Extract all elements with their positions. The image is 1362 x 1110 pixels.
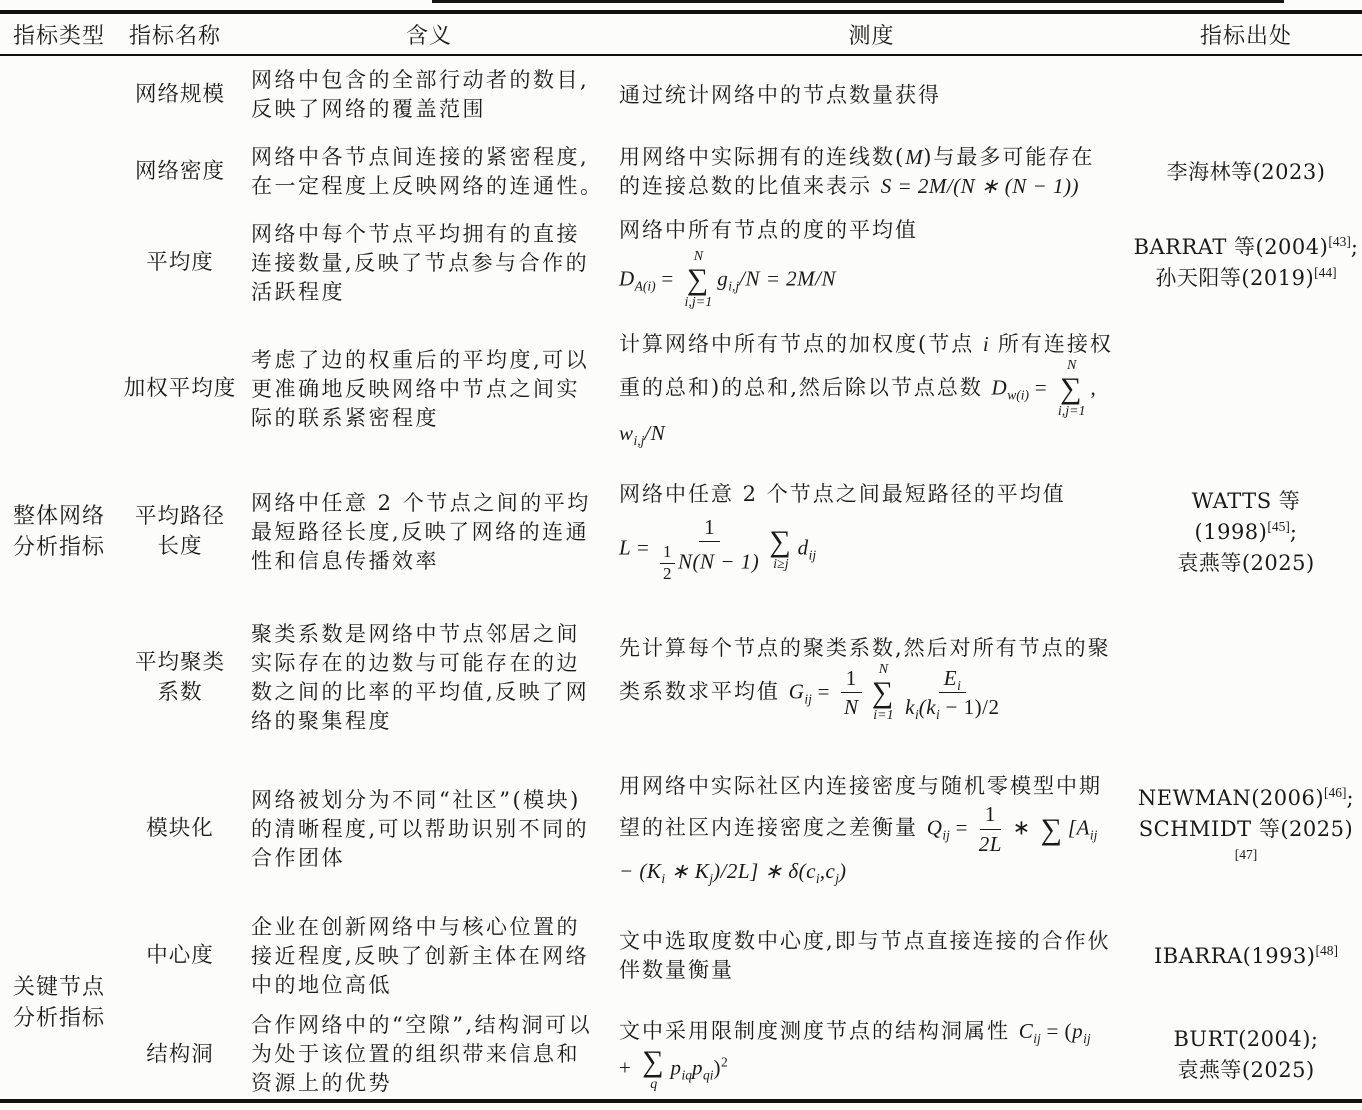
source-cell-average-path-length: WATTS 等 (1998)[45]; 袁燕等(2025): [1130, 462, 1362, 602]
name-cell-network-scale: 网络规模: [115, 56, 245, 134]
math-token: ∗: [1007, 816, 1037, 840]
measure-cell-average-path-length: 网络中任意 2 个节点之间最短路径的平均值 L = 112N(N − 1)∑i≥…: [613, 462, 1130, 602]
text-line: 网络中各节点间连接的紧密程度,: [251, 143, 613, 172]
math-sub: ij: [1083, 1031, 1091, 1046]
math-superscript: 2: [721, 1055, 728, 1070]
header-indicator-name: 指标名称: [115, 19, 245, 50]
math-token: G: [789, 679, 805, 703]
source-cell-network-density: 李海林等(2023): [1130, 134, 1362, 210]
name-cell-average-degree: 平均度: [115, 210, 245, 316]
indicator-name: 加权平均度: [124, 374, 237, 404]
indicator-name: 平均度: [146, 248, 214, 278]
category-cell-overall-network: 整体网络 分析指标: [0, 462, 115, 602]
math-sub: A(i): [635, 279, 656, 294]
indicator-name: 中心度: [146, 941, 214, 971]
measure-cell-centrality: 文中选取度数中心度,即与节点直接连接的合作伙 伴数量衡量: [613, 904, 1130, 1008]
citation-superscript: [44]: [1314, 265, 1337, 280]
text-line: 活跃程度: [251, 278, 613, 307]
measure-cell-modularity: 用网络中实际社区内连接密度与随机零模型中期 望的社区内连接密度之差衡量 Qij …: [613, 754, 1130, 904]
math-token: =: [812, 679, 836, 703]
formula-structural-hole: 文中采用限制度测度节点的结构洞属性 Cij = (pij: [619, 1017, 1130, 1046]
sigma-glyph: ∑: [642, 1046, 665, 1078]
summation: N∑i,j=1: [685, 250, 713, 310]
measure-cell-network-density: 用网络中实际拥有的连线数(M)与最多可能存在 的连接总数的比值来表示 S = 2…: [613, 134, 1130, 210]
math-token: D: [992, 376, 1008, 400]
math-token: p: [1072, 1019, 1083, 1043]
formula-weighted-degree: 重的总和)的总和,然后除以节点总数 Dw(i) = N∑i,j=1,: [619, 359, 1130, 419]
text-line: 连接数量,反映了节点参与合作的: [251, 249, 613, 278]
text-line: 为处于该位置的组织带来信息和: [251, 1040, 613, 1069]
math-sub: i,j: [728, 279, 739, 294]
text-line: 文中选取度数中心度,即与节点直接连接的合作伙: [619, 927, 1130, 956]
citation-superscript: [46]: [1324, 785, 1347, 800]
formula-continuation: − (Ki ∗ Kj)/2L] ∗ δ(ci,cj): [619, 857, 1130, 886]
category-label: 关键节点: [13, 972, 105, 1003]
meaning-cell-modularity: 网络被划分为不同“社区”(模块) 的清晰程度,可以帮助识别不同的 合作团体: [245, 754, 613, 904]
math-token: ,: [1091, 376, 1097, 400]
name-cell-average-clustering: 平均聚类 系数: [115, 602, 245, 754]
math-token: − (K: [619, 859, 661, 883]
indicator-name: 模块化: [146, 814, 214, 844]
measure-cell-structural-hole: 文中采用限制度测度节点的结构洞属性 Cij = (pij + ∑qpiqpqi)…: [613, 1008, 1130, 1101]
category-label: 分析指标: [13, 532, 105, 563]
math-token: w: [619, 421, 634, 445]
formula-average-degree: DA(i) = N∑i,j=1gi,j/N = 2M/N: [619, 250, 1130, 310]
math-sub: w(i): [1007, 388, 1029, 403]
source-cell-modularity: NEWMAN(2006)[46]; SCHMIDT 等(2025)[47]: [1130, 754, 1362, 904]
sigma-glyph: ∑: [687, 264, 710, 296]
math-token: C: [1019, 1019, 1034, 1043]
indicator-name: 结构洞: [146, 1040, 214, 1070]
text-line: 反映了网络的覆盖范围: [251, 95, 613, 124]
text-line: 合作团体: [251, 844, 613, 873]
fraction: 12: [660, 543, 675, 583]
text-line: 接近程度,反映了创新主体在网络: [251, 942, 613, 971]
math-token: ): [714, 1056, 722, 1080]
math-sub: ij: [942, 828, 950, 843]
source-line: NEWMAN(2006)[46];: [1138, 783, 1354, 814]
text-line: 的清晰程度,可以帮助识别不同的: [251, 815, 613, 844]
math-sub: ij: [1090, 828, 1098, 843]
summation: ∑i≥j: [769, 526, 792, 572]
header-measure: 测度: [613, 19, 1130, 50]
source-line: IBARRA(1993)[48]: [1154, 941, 1338, 972]
source-line: WATTS 等: [1192, 486, 1301, 517]
fraction: Eiki(ki − 1)/2: [905, 665, 999, 721]
formula-continuation: wi,j/N: [619, 419, 1130, 448]
meaning-cell-average-degree: 网络中每个节点平均拥有的直接 连接数量,反映了节点参与合作的 活跃程度: [245, 210, 613, 316]
text-line: 用网络中实际社区内连接密度与随机零模型中期: [619, 772, 1130, 801]
sigma-glyph: ∑: [1041, 813, 1064, 846]
text-line: 网络中每个节点平均拥有的直接: [251, 220, 613, 249]
text-line: 网络中所有节点的度的平均值: [619, 216, 1130, 245]
text-line: 用网络中实际拥有的连线数(M)与最多可能存在: [619, 143, 1130, 172]
formula-path-length: L = 112N(N − 1)∑i≥jdij: [619, 514, 1130, 584]
math-token: /N: [644, 421, 665, 445]
math-sub: qi: [703, 1068, 714, 1083]
name-cell-weighted-average-degree: 加权平均度: [115, 316, 245, 462]
source-cell-average-degree: BARRAT 等(2004)[43]; 孙天阳等(2019)[44]: [1130, 210, 1362, 316]
math-token: = (: [1041, 1019, 1072, 1043]
text-line: 更准确地反映网络中节点之间实: [251, 375, 613, 404]
math-token: ,c: [820, 859, 836, 883]
summation: ∑q: [642, 1046, 665, 1092]
math-token: L: [619, 536, 631, 560]
citation-superscript: [48]: [1316, 943, 1339, 958]
math-token: d: [798, 536, 809, 560]
text-line: 合作网络中的“空隙”,结构洞可以: [251, 1011, 613, 1040]
indicator-name: 平均聚类: [135, 648, 225, 678]
math-token: g: [717, 267, 728, 291]
source-line: BURT(2004);: [1174, 1024, 1319, 1055]
math-sub: ij: [809, 548, 817, 563]
math-sub: ij: [804, 691, 812, 706]
math-sub: i,j: [634, 433, 645, 448]
text-line: 资源上的优势: [251, 1069, 613, 1098]
text-line: 通过统计网络中的节点数量获得: [619, 81, 1130, 110]
text-line: 计算网络中所有节点的加权度(节点 i 所有连接权: [619, 330, 1130, 359]
math-token: =: [1029, 376, 1053, 400]
math-token: p: [692, 1056, 703, 1080]
meaning-cell-average-clustering: 聚类系数是网络中节点邻居之间 实际存在的边数与可能存在的边 数之间的比率的平均值…: [245, 602, 613, 754]
indicator-name: 平均路径: [135, 502, 225, 532]
meaning-cell-network-scale: 网络中包含的全部行动者的数目, 反映了网络的覆盖范围: [245, 56, 613, 134]
summation: N∑i=1: [872, 663, 895, 723]
text-line: 际的联系紧密程度: [251, 404, 613, 433]
source-line: SCHMIDT 等(2025)[47]: [1130, 814, 1362, 876]
measure-cell-weighted-average-degree: 计算网络中所有节点的加权度(节点 i 所有连接权 重的总和)的总和,然后除以节点…: [613, 316, 1130, 462]
table-header-row: 指标类型 指标名称 含义 测度 指标出处: [0, 15, 1362, 53]
text-line: 聚类系数是网络中节点邻居之间: [251, 620, 613, 649]
citation-superscript: [45]: [1267, 519, 1290, 534]
meaning-cell-network-density: 网络中各节点间连接的紧密程度, 在一定程度上反映网络的连通性。: [245, 134, 613, 210]
category-cell-key-node: 关键节点 分析指标: [0, 904, 115, 1101]
text-line: 实际存在的边数与可能存在的边: [251, 649, 613, 678]
math-token: [A: [1068, 816, 1090, 840]
text-line: 企业在创新网络中与核心位置的: [251, 913, 613, 942]
meaning-cell-structural-hole: 合作网络中的“空隙”,结构洞可以 为处于该位置的组织带来信息和 资源上的优势: [245, 1008, 613, 1101]
math-token: ): [839, 859, 847, 883]
math-token: =: [656, 267, 680, 291]
fraction: 1N: [841, 665, 862, 721]
source-line: (1998)[45];: [1195, 517, 1298, 548]
text-line: 伴数量衡量: [619, 956, 1130, 985]
name-cell-structural-hole: 结构洞: [115, 1008, 245, 1101]
text-line: 先计算每个节点的聚类系数,然后对所有节点的聚: [619, 634, 1130, 663]
source-line: 袁燕等(2025): [1177, 1055, 1314, 1086]
text-line: 网络中包含的全部行动者的数目,: [251, 66, 613, 95]
text-line: 网络被划分为不同“社区”(模块): [251, 786, 613, 815]
text-line: 络的聚集程度: [251, 707, 613, 736]
source-line: 李海林等(2023): [1167, 157, 1326, 188]
header-meaning: 含义: [245, 19, 613, 50]
sigma-glyph: ∑: [769, 526, 792, 558]
citation-superscript: [47]: [1235, 847, 1258, 862]
source-line: 孙天阳等(2019)[44]: [1155, 263, 1336, 294]
text-line: 最短路径长度,反映了网络的连通: [251, 518, 613, 547]
meaning-cell-weighted-average-degree: 考虑了边的权重后的平均度,可以 更准确地反映网络中节点之间实 际的联系紧密程度: [245, 316, 613, 462]
math-sub: ij: [1033, 1031, 1041, 1046]
math-sub: iq: [681, 1068, 692, 1083]
math-token: /N = 2M/N: [739, 267, 836, 291]
formula-continuation: + ∑qpiqpqi)2: [619, 1046, 1130, 1092]
category-label: 整体网络: [13, 501, 105, 532]
name-cell-network-density: 网络密度: [115, 134, 245, 210]
text-line: 的连接总数的比值来表示 S = 2M/(N ∗ (N − 1)): [619, 172, 1130, 201]
sigma-glyph: ∑: [872, 677, 895, 709]
text-line: 网络中任意 2 个节点之间的平均: [251, 489, 613, 518]
indicator-name: 系数: [157, 678, 202, 708]
text-line: 考虑了边的权重后的平均度,可以: [251, 346, 613, 375]
summation: N∑i,j=1: [1058, 359, 1086, 419]
math-token: =: [950, 816, 974, 840]
table-bottom-rule: [0, 1099, 1362, 1103]
name-cell-centrality: 中心度: [115, 904, 245, 1008]
indicator-name: 网络密度: [135, 157, 225, 187]
math-token: D: [619, 267, 635, 291]
math-token: +: [619, 1056, 637, 1080]
table-top-rule: [0, 10, 1362, 14]
fraction: 12L: [979, 801, 1002, 857]
math-token: =: [631, 536, 655, 560]
math-token: p: [670, 1056, 681, 1080]
math-token: ∗ K: [665, 859, 709, 883]
meaning-cell-average-path-length: 网络中任意 2 个节点之间的平均 最短路径长度,反映了网络的连通 性和信息传播效…: [245, 462, 613, 602]
math-token: )/2L] ∗ δ(c: [713, 859, 816, 883]
name-cell-average-path-length: 平均路径 长度: [115, 462, 245, 602]
indicator-name: 网络规模: [135, 80, 225, 110]
measure-cell-average-degree: 网络中所有节点的度的平均值 DA(i) = N∑i,j=1gi,j/N = 2M…: [613, 210, 1130, 316]
formula-density: S = 2M/(N ∗ (N − 1)): [881, 174, 1079, 198]
table-body: 网络规模 网络中包含的全部行动者的数目, 反映了网络的覆盖范围 通过统计网络中的…: [0, 56, 1362, 1101]
measure-cell-network-scale: 通过统计网络中的节点数量获得: [613, 56, 1130, 134]
source-cell-structural-hole: BURT(2004); 袁燕等(2025): [1130, 1008, 1362, 1101]
meaning-cell-centrality: 企业在创新网络中与核心位置的 接近程度,反映了创新主体在网络 中的地位高低: [245, 904, 613, 1008]
sigma-glyph: ∑: [1060, 373, 1083, 405]
category-label: 分析指标: [13, 1003, 105, 1034]
indicator-table-page: 指标类型 指标名称 含义 测度 指标出处 网络规模 网络中包含的全部行动者的数目…: [0, 0, 1362, 1110]
math-sub: i: [957, 678, 961, 693]
measure-cell-average-clustering: 先计算每个节点的聚类系数,然后对所有节点的聚 类系数求平均值 Gij = 1NN…: [613, 602, 1130, 754]
text-line: 性和信息传播效率: [251, 547, 613, 576]
formula-clustering: 类系数求平均值 Gij = 1NN∑i=1Eiki(ki − 1)/2: [619, 663, 1130, 723]
text-line: 中的地位高低: [251, 971, 613, 1000]
text-line: 在一定程度上反映网络的连通性。: [251, 172, 613, 201]
math-token: Q: [927, 816, 943, 840]
formula-modularity: 望的社区内连接密度之差衡量 Qij = 12L ∗ ∑[Aij: [619, 801, 1130, 857]
header-source: 指标出处: [1130, 19, 1362, 50]
indicator-name: 长度: [157, 532, 202, 562]
fraction: 112N(N − 1): [660, 514, 759, 584]
header-indicator-type: 指标类型: [0, 19, 115, 50]
source-line: BARRAT 等(2004)[43];: [1134, 232, 1359, 263]
text-line: 网络中任意 2 个节点之间最短路径的平均值: [619, 480, 1130, 509]
citation-superscript: [43]: [1328, 234, 1351, 249]
text-line: 数之间的比率的平均值,反映了网: [251, 678, 613, 707]
source-cell-centrality: IBARRA(1993)[48]: [1130, 904, 1362, 1008]
source-line: 袁燕等(2025): [1177, 548, 1314, 579]
math-token: M: [905, 145, 923, 169]
cropped-text-fragment: [432, 0, 1284, 3]
name-cell-modularity: 模块化: [115, 754, 245, 904]
